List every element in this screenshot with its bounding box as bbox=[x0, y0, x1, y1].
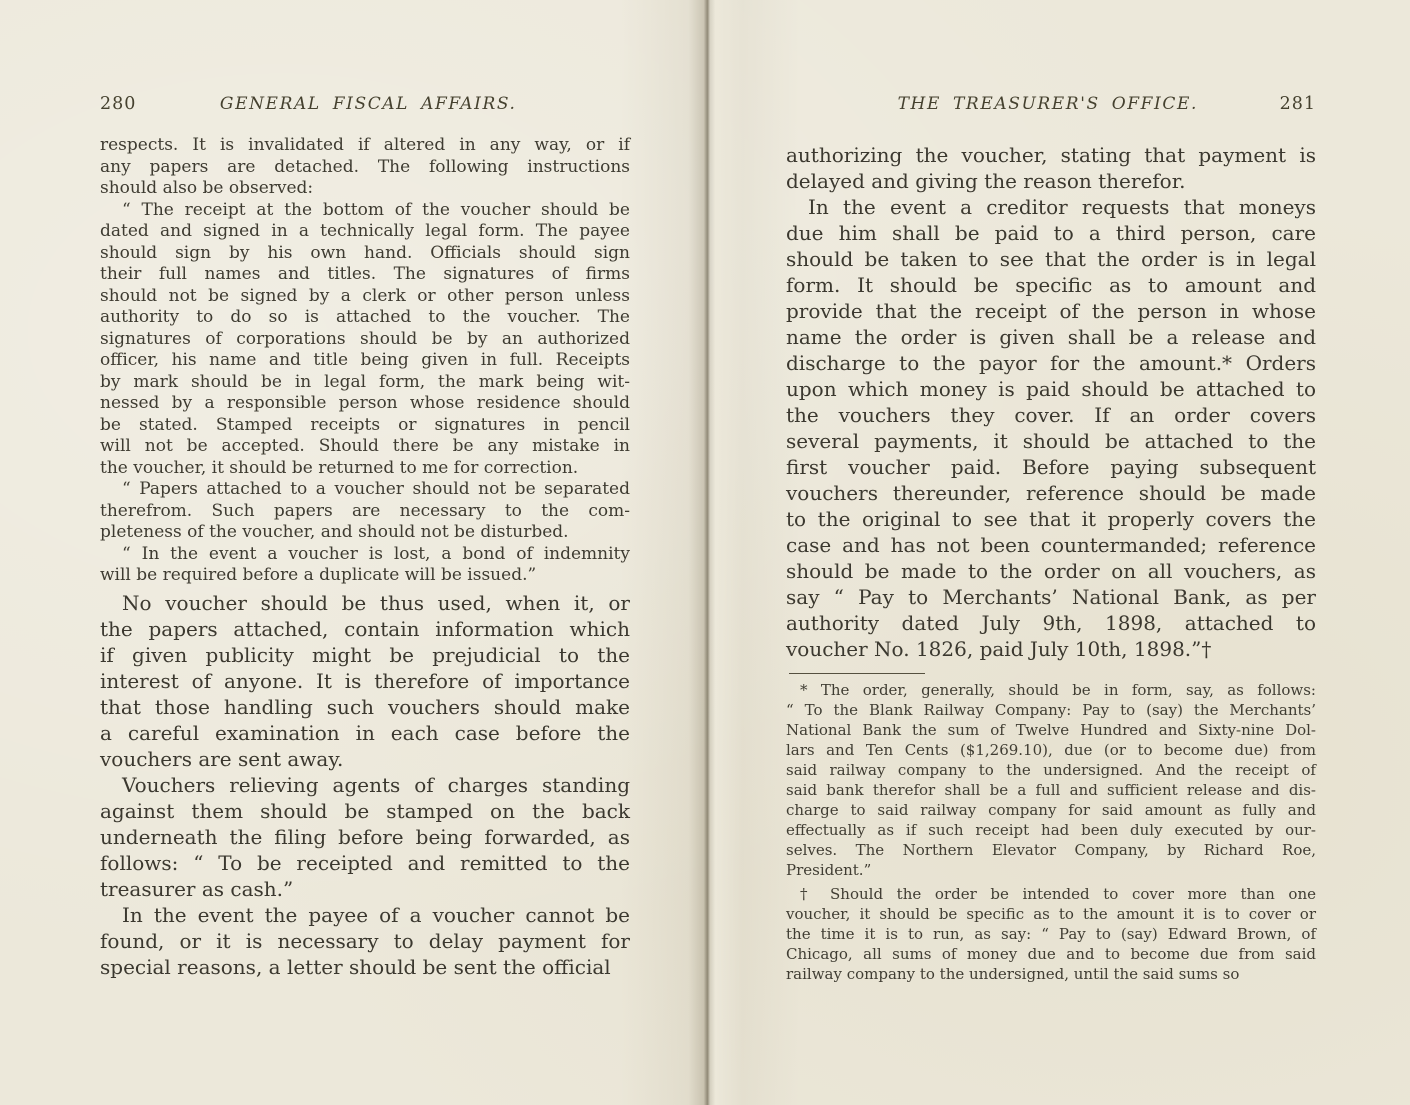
right-footnotes: * The order, generally, should be in for… bbox=[786, 680, 1316, 984]
text-line: railway company to the undersigned, unti… bbox=[786, 964, 1316, 984]
text-line: to the original to see that it properly … bbox=[786, 506, 1316, 532]
text-line: the papers attached, contain information… bbox=[100, 616, 630, 642]
text-line: special reasons, a letter should be sent… bbox=[100, 954, 630, 980]
text-line: the time it is to run, as say: “ Pay to … bbox=[786, 924, 1316, 944]
text-line: No voucher should be thus used, when it,… bbox=[100, 590, 630, 616]
right-page-header: THE TREASURER'S OFFICE. 281 bbox=[786, 94, 1316, 114]
text-line: “ The receipt at the bottom of the vouch… bbox=[100, 200, 630, 222]
text-line: that those handling such vouchers should… bbox=[100, 694, 630, 720]
text-line: In the event a creditor requests that mo… bbox=[786, 194, 1316, 220]
text-line: effectually as if such receipt had been … bbox=[786, 820, 1316, 840]
text-line: authorizing the voucher, stating that pa… bbox=[786, 142, 1316, 168]
paragraph: In the event a creditor requests that mo… bbox=[786, 194, 1316, 662]
footnote: * The order, generally, should be in for… bbox=[786, 680, 1316, 880]
text-line: name the order is given shall be a relea… bbox=[786, 324, 1316, 350]
text-line: the vouchers they cover. If an order cov… bbox=[786, 402, 1316, 428]
text-line: provide that the receipt of the person i… bbox=[786, 298, 1316, 324]
paragraph: In the event the payee of a voucher cann… bbox=[100, 902, 630, 980]
paragraph: respects. It is invalidated if altered i… bbox=[100, 135, 630, 200]
text-line: voucher No. 1826, paid July 10th, 1898.”… bbox=[786, 636, 1316, 662]
text-line: their full names and titles. The signatu… bbox=[100, 264, 630, 286]
text-line: lars and Ten Cents ($1,269.10), due (or … bbox=[786, 740, 1316, 760]
text-line: if given publicity might be prejudicial … bbox=[100, 642, 630, 668]
text-line: voucher, it should be specific as to the… bbox=[786, 904, 1316, 924]
text-line: follows: “ To be receipted and remitted … bbox=[100, 850, 630, 876]
text-line: should also be observed: bbox=[100, 178, 630, 200]
text-line: delayed and giving the reason therefor. bbox=[786, 168, 1316, 194]
left-page-header: 280 GENERAL FISCAL AFFAIRS. bbox=[100, 94, 630, 114]
text-line: vouchers are sent away. bbox=[100, 746, 630, 772]
text-line: therefrom. Such papers are necessary to … bbox=[100, 501, 630, 523]
text-line: a careful examination in each case befor… bbox=[100, 720, 630, 746]
text-line: will be required before a duplicate will… bbox=[100, 565, 630, 587]
text-line: underneath the filing before being forwa… bbox=[100, 824, 630, 850]
text-line: will not be accepted. Should there be an… bbox=[100, 436, 630, 458]
text-line: found, or it is necessary to delay payme… bbox=[100, 928, 630, 954]
left-page: 280 GENERAL FISCAL AFFAIRS. respects. It… bbox=[0, 0, 705, 1105]
text-line: “ To the Blank Railway Company: Pay to (… bbox=[786, 700, 1316, 720]
paragraph: “ Papers attached to a voucher should no… bbox=[100, 479, 630, 544]
text-line: should not be signed by a clerk or other… bbox=[100, 286, 630, 308]
text-line: case and has not been countermanded; ref… bbox=[786, 532, 1316, 558]
text-line: discharge to the payor for the amount.* … bbox=[786, 350, 1316, 376]
text-line: pleteness of the voucher, and should not… bbox=[100, 522, 630, 544]
text-line: vouchers thereunder, reference should be… bbox=[786, 480, 1316, 506]
text-line: said bank therefor shall be a full and s… bbox=[786, 780, 1316, 800]
text-line: dated and signed in a technically legal … bbox=[100, 221, 630, 243]
footnote: † Should the order be intended to cover … bbox=[786, 884, 1316, 984]
text-line: † Should the order be intended to cover … bbox=[786, 884, 1316, 904]
paragraph: No voucher should be thus used, when it,… bbox=[100, 590, 630, 772]
right-running-header: THE TREASURER'S OFFICE. bbox=[816, 94, 1280, 114]
left-page-number: 280 bbox=[100, 94, 136, 114]
paragraph: “ The receipt at the bottom of the vouch… bbox=[100, 200, 630, 480]
text-line: any papers are detached. The following i… bbox=[100, 157, 630, 179]
text-line: should be taken to see that the order is… bbox=[786, 246, 1316, 272]
paragraph: authorizing the voucher, stating that pa… bbox=[786, 142, 1316, 194]
left-body-large: No voucher should be thus used, when it,… bbox=[100, 590, 630, 980]
paragraph: Vouchers relieving agents of charges sta… bbox=[100, 772, 630, 902]
text-line: should be made to the order on all vouch… bbox=[786, 558, 1316, 584]
right-page: THE TREASURER'S OFFICE. 281 authorizing … bbox=[705, 0, 1410, 1105]
right-page-number: 281 bbox=[1280, 94, 1316, 114]
text-line: National Bank the sum of Twelve Hundred … bbox=[786, 720, 1316, 740]
text-line: President.” bbox=[786, 860, 1316, 880]
footnote-separator bbox=[789, 673, 925, 674]
text-line: signatures of corporations should be by … bbox=[100, 329, 630, 351]
text-line: be stated. Stamped receipts or signature… bbox=[100, 415, 630, 437]
text-line: treasurer as cash.” bbox=[100, 876, 630, 902]
text-line: nessed by a responsible person whose res… bbox=[100, 393, 630, 415]
text-line: In the event the payee of a voucher cann… bbox=[100, 902, 630, 928]
text-line: say “ Pay to Merchants’ National Bank, a… bbox=[786, 584, 1316, 610]
text-line: interest of anyone. It is therefore of i… bbox=[100, 668, 630, 694]
text-line: respects. It is invalidated if altered i… bbox=[100, 135, 630, 157]
text-line: due him shall be paid to a third person,… bbox=[786, 220, 1316, 246]
text-line: Chicago, all sums of money due and to be… bbox=[786, 944, 1316, 964]
left-body-small: respects. It is invalidated if altered i… bbox=[100, 135, 630, 587]
text-line: selves. The Northern Elevator Company, b… bbox=[786, 840, 1316, 860]
left-running-header: GENERAL FISCAL AFFAIRS. bbox=[136, 94, 600, 114]
text-line: upon which money is paid should be attac… bbox=[786, 376, 1316, 402]
text-line: authority to do so is attached to the vo… bbox=[100, 307, 630, 329]
text-line: the voucher, it should be returned to me… bbox=[100, 458, 630, 480]
text-line: “ In the event a voucher is lost, a bond… bbox=[100, 544, 630, 566]
text-line: officer, his name and title being given … bbox=[100, 350, 630, 372]
text-line: by mark should be in legal form, the mar… bbox=[100, 372, 630, 394]
text-line: said railway company to the undersigned.… bbox=[786, 760, 1316, 780]
text-line: several payments, it should be attached … bbox=[786, 428, 1316, 454]
text-line: against them should be stamped on the ba… bbox=[100, 798, 630, 824]
text-line: first voucher paid. Before paying subseq… bbox=[786, 454, 1316, 480]
text-line: Vouchers relieving agents of charges sta… bbox=[100, 772, 630, 798]
text-line: should sign by his own hand. Officials s… bbox=[100, 243, 630, 265]
paragraph: “ In the event a voucher is lost, a bond… bbox=[100, 544, 630, 587]
text-line: form. It should be specific as to amount… bbox=[786, 272, 1316, 298]
right-body-large: authorizing the voucher, stating that pa… bbox=[786, 142, 1316, 662]
text-line: * The order, generally, should be in for… bbox=[786, 680, 1316, 700]
text-line: “ Papers attached to a voucher should no… bbox=[100, 479, 630, 501]
text-line: charge to said railway company for said … bbox=[786, 800, 1316, 820]
text-line: authority dated July 9th, 1898, attached… bbox=[786, 610, 1316, 636]
